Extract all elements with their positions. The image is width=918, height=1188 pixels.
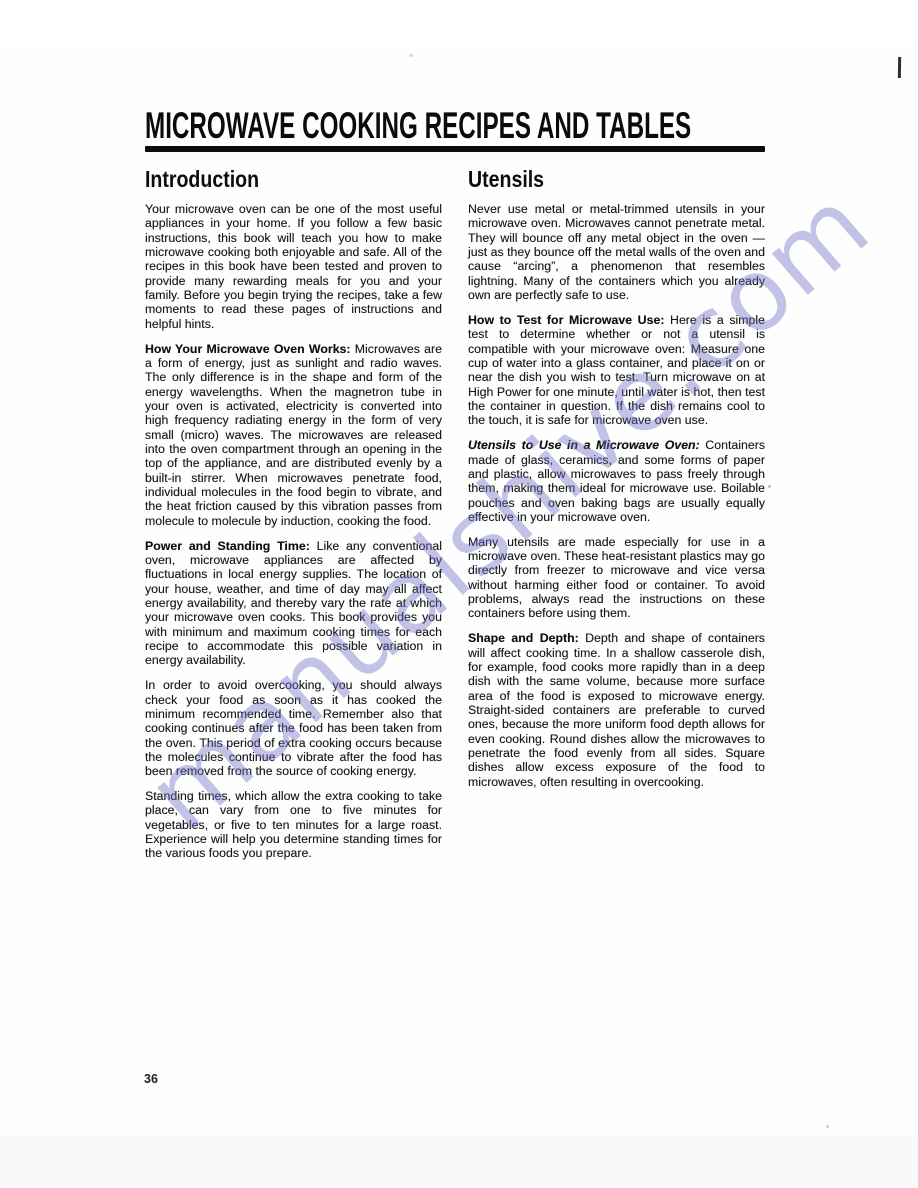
section-heading-utensils: Utensils	[468, 168, 720, 191]
page-title: MICROWAVE COOKING RECIPES AND TABLES	[145, 107, 691, 144]
paragraph-lead: Shape and Depth:	[468, 631, 579, 645]
paragraph-lead: Power and Standing Time:	[145, 539, 310, 553]
paragraph: Standing times, which allow the extra co…	[145, 789, 442, 861]
title-rule	[145, 146, 765, 152]
paragraph: How to Test for Microwave Use: Here is a…	[468, 313, 765, 428]
paragraph-text: In order to avoid overcooking, you shoul…	[145, 678, 442, 778]
paragraph: Shape and Depth: Depth and shape of cont…	[468, 631, 765, 789]
scan-artifact-tick	[898, 57, 901, 78]
utensils-paragraphs: Never use metal or metal-trimmed utensil…	[468, 202, 765, 789]
scan-artifact-speck	[409, 54, 413, 57]
paragraph-text: Standing times, which allow the extra co…	[145, 789, 442, 860]
paragraph-text: Like any conventional oven, microwave ap…	[145, 539, 442, 668]
column-introduction: Introduction Your microwave oven can be …	[145, 168, 442, 861]
section-heading-introduction: Introduction	[145, 168, 397, 191]
paragraph-lead: How Your Microwave Oven Works:	[145, 342, 351, 356]
paragraph-text: Microwaves are a form of energy, just as…	[145, 342, 442, 528]
two-column-layout: Introduction Your microwave oven can be …	[145, 168, 765, 861]
paragraph-lead: Utensils to Use in a Microwave Oven:	[468, 438, 700, 452]
paragraph: Many utensils are made especially for us…	[468, 535, 765, 621]
scan-artifact-speck	[826, 1125, 829, 1128]
paragraph-text: Depth and shape of containers will affec…	[468, 631, 765, 788]
paragraph-text: Many utensils are made especially for us…	[468, 535, 765, 621]
paragraph-text: Your microwave oven can be one of the mo…	[145, 202, 442, 331]
paragraph-text: Here is a simple test to determine wheth…	[468, 313, 765, 427]
column-utensils: Utensils Never use metal or metal-trimme…	[468, 168, 765, 861]
paragraph: Never use metal or metal-trimmed utensil…	[468, 202, 765, 302]
paragraph: How Your Microwave Oven Works: Microwave…	[145, 342, 442, 528]
paragraph: Power and Standing Time: Like any conven…	[145, 539, 442, 668]
page-number: 36	[144, 1072, 158, 1086]
paragraph-lead: How to Test for Microwave Use:	[468, 313, 664, 327]
paragraph-text: Never use metal or metal-trimmed utensil…	[468, 202, 765, 302]
paragraph: Utensils to Use in a Microwave Oven: Con…	[468, 438, 765, 524]
scanned-page: MICROWAVE COOKING RECIPES AND TABLES Int…	[0, 0, 918, 1188]
paragraph: In order to avoid overcooking, you shoul…	[145, 678, 442, 778]
introduction-paragraphs: Your microwave oven can be one of the mo…	[145, 202, 442, 861]
paragraph: Your microwave oven can be one of the mo…	[145, 202, 442, 331]
scan-artifact-speck	[768, 485, 771, 488]
